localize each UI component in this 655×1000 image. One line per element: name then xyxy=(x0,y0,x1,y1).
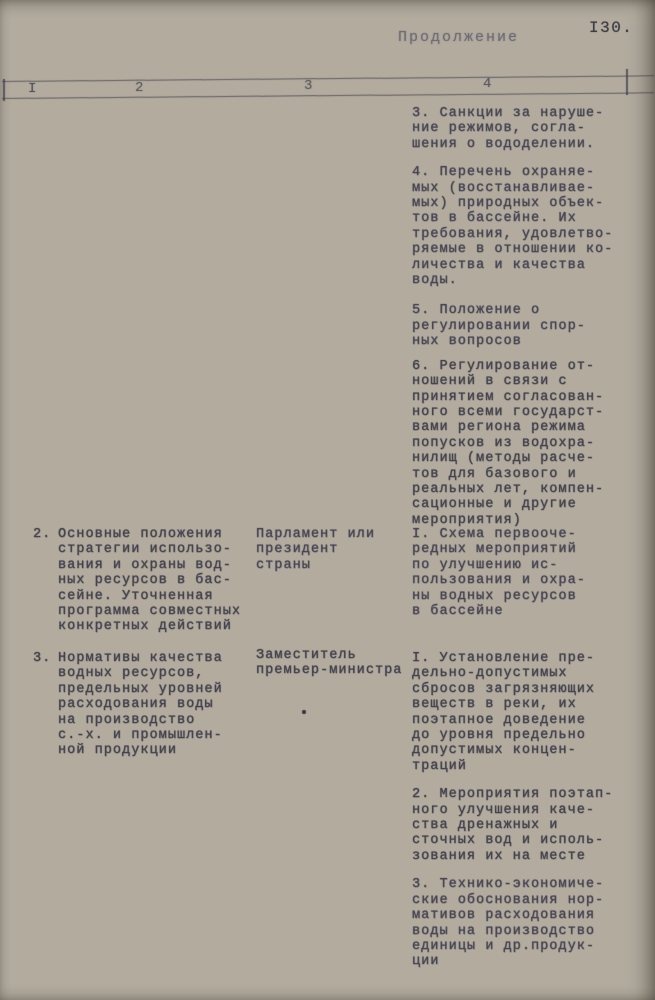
column-header-1: I xyxy=(28,81,37,97)
measure-item: 3. Санкции за наруше- ние режимов, согла… xyxy=(412,106,652,152)
table-right-border xyxy=(626,69,628,95)
row-authority-cell: Парламент или президент страны xyxy=(256,527,411,573)
row-measures-cell: I. Схема первооче- редных мероприятий по… xyxy=(412,527,652,619)
row-content-cell: Основные положения стратегии использо- в… xyxy=(58,527,258,635)
table-top-rule xyxy=(2,75,654,82)
ink-speck xyxy=(302,710,306,714)
table-left-border xyxy=(3,79,5,101)
row-measures-cell: I. Установление пре- дельно-допустимых с… xyxy=(412,651,652,970)
table-header-bottom-rule xyxy=(2,92,654,99)
measure-item: 2. Мероприятия поэтап- ного улучшения ка… xyxy=(412,787,652,864)
column-header-4: 4 xyxy=(483,76,492,92)
measure-item: I. Установление пре- дельно-допустимых с… xyxy=(412,651,652,774)
scanned-document-page: Продолжение I30. I 2 3 4 3. Санкции за н… xyxy=(0,0,655,1000)
continuation-measures-cell: 3. Санкции за наруше- ние режимов, согла… xyxy=(412,106,652,528)
continuation-label: Продолжение xyxy=(398,30,519,45)
page-number: I30. xyxy=(589,19,633,37)
row-content-cell: Нормативы качества водных ресурсов, пред… xyxy=(58,651,258,759)
row-number: 2. xyxy=(33,527,51,542)
row-number: 3. xyxy=(33,651,51,666)
measure-item: 6. Регулирование от- ношений в связи с п… xyxy=(412,359,652,528)
column-header-2: 2 xyxy=(135,80,144,96)
measure-item: 5. Положение о регулировании спор- ных в… xyxy=(412,303,652,349)
measure-item: I. Схема первооче- редных мероприятий по… xyxy=(412,527,652,619)
column-header-3: 3 xyxy=(304,78,313,94)
measure-item: 3. Технико-экономиче- ские обоснования н… xyxy=(412,877,652,969)
row-authority-cell: Заместитель премьер-министра xyxy=(256,648,416,679)
measure-item: 4. Перечень охраняе- мых (восстанавливае… xyxy=(412,165,652,288)
